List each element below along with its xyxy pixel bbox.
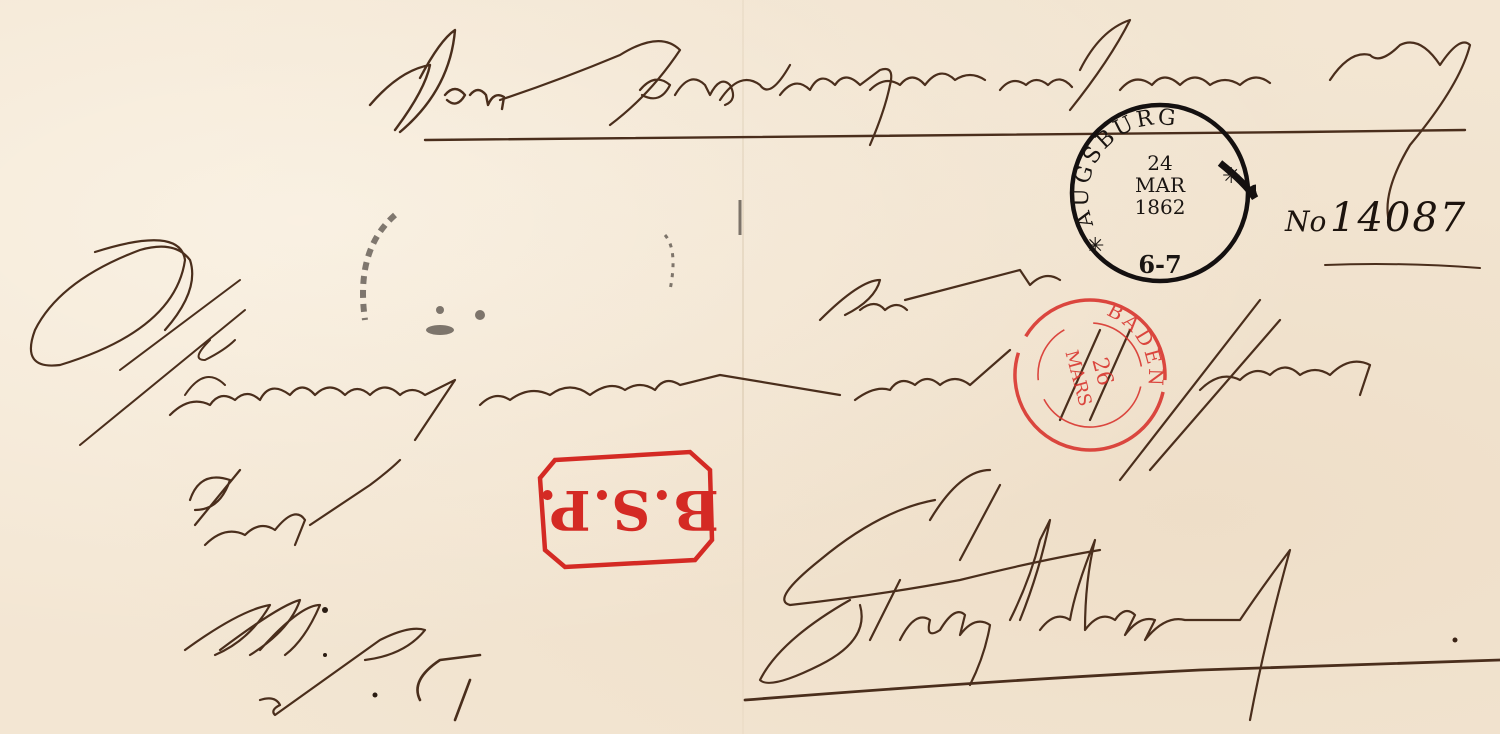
augsburg-postmark-month: MAR — [1135, 173, 1186, 197]
augsburg-postmark-day: 24 — [1147, 151, 1172, 175]
baden-postmark: BADEN 26 MARS — [998, 282, 1184, 466]
star-ornament-right: ✳ — [1222, 164, 1240, 189]
ghost-stamp — [363, 200, 740, 335]
reference-number-ink — [1325, 264, 1480, 268]
bsp-stamp: B.S.P. — [545, 455, 710, 565]
reference-number: 14087 — [1330, 195, 1467, 241]
augsburg-postmark: AUGSBURG 24 MAR 1862 6-7 ✳ ✳ — [1069, 105, 1256, 281]
star-ornament-left: ✳ — [1086, 234, 1104, 259]
sender-line-ink — [370, 20, 1470, 225]
initials-ink — [185, 600, 480, 720]
reference-prefix: No — [1285, 205, 1326, 238]
augsburg-postmark-time: 6-7 — [1138, 250, 1181, 279]
augsburg-postmark-year: 1862 — [1135, 195, 1186, 219]
baden-postmark-month: MARS — [1060, 348, 1095, 409]
destination-ink — [745, 470, 1500, 720]
postal-cover: AUGSBURG 24 MAR 1862 6-7 ✳ ✳ BADEN 26 MA… — [0, 0, 1500, 734]
handwriting-layer: AUGSBURG 24 MAR 1862 6-7 ✳ ✳ BADEN 26 MA… — [0, 0, 1500, 734]
